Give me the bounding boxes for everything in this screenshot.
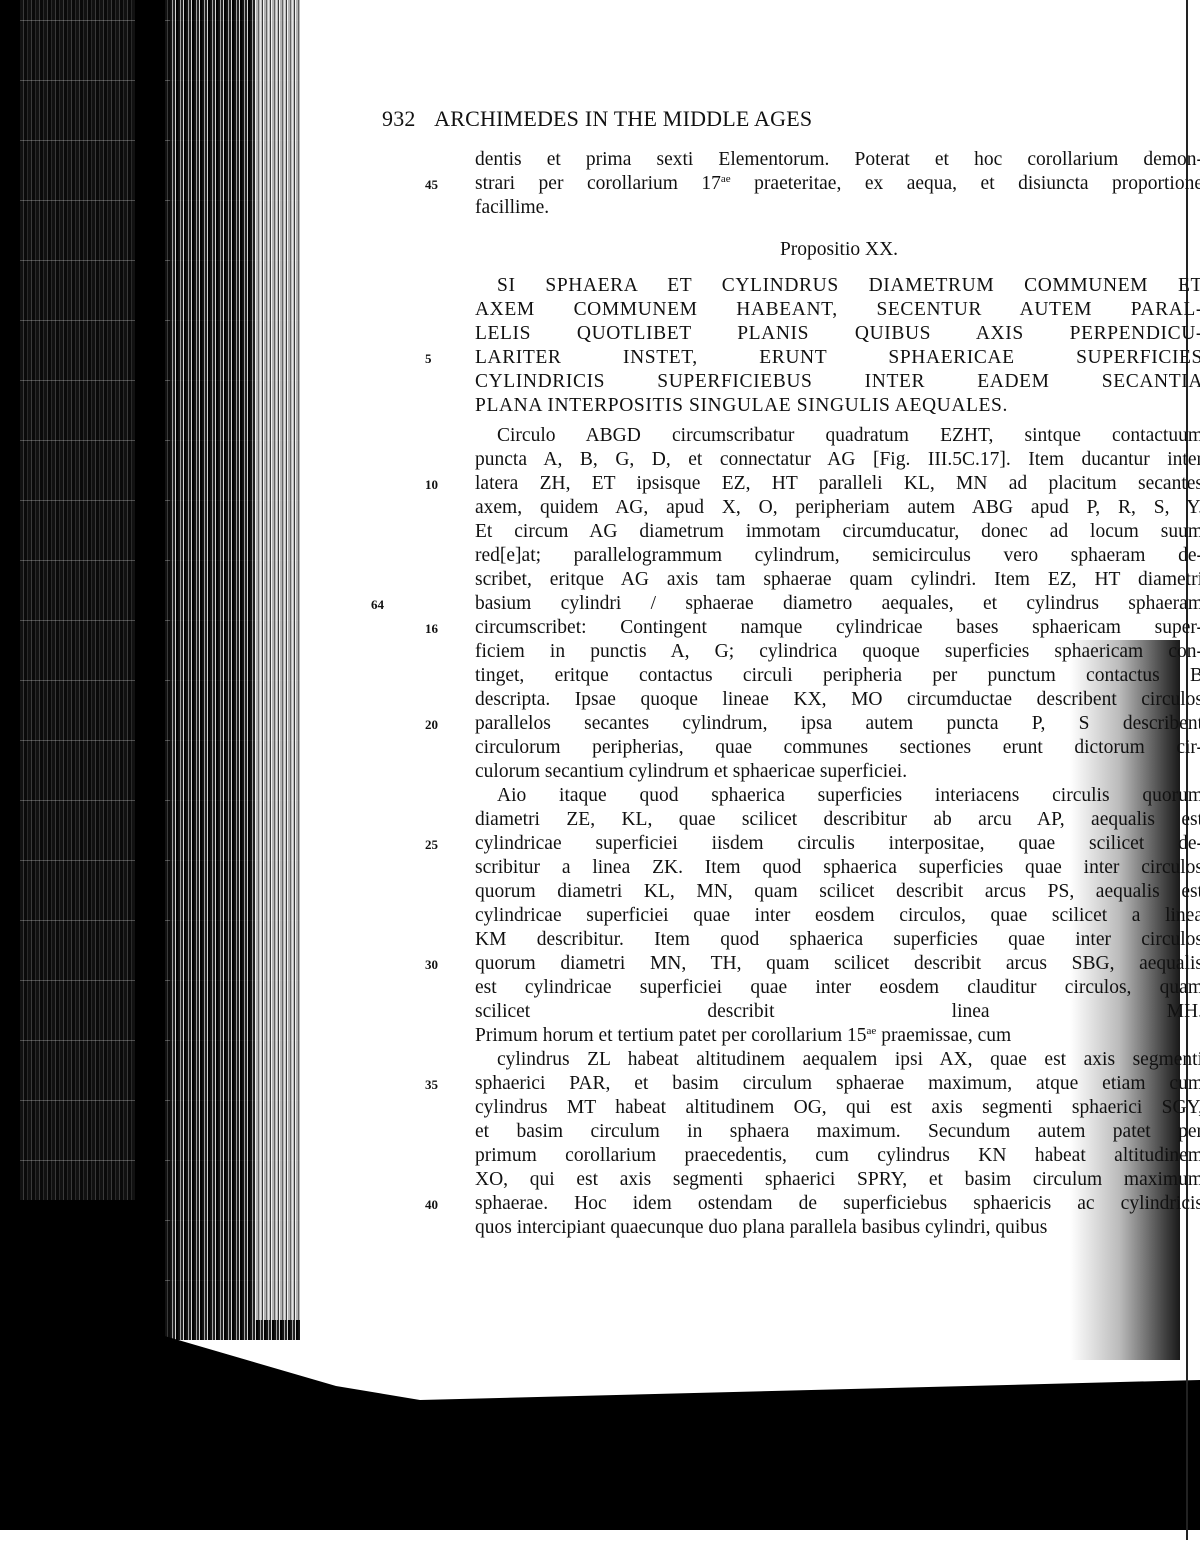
text-line: cylindrus ZL habeat altitudinem aequalem… <box>475 1048 1200 1072</box>
line-number: 25 <box>425 833 438 857</box>
text-line: PLANA INTERPOSITIS SINGULAE SINGULIS AEQ… <box>475 394 1200 418</box>
text-line: 64basium cylindri / sphaerae diametro ae… <box>475 592 1200 616</box>
line-number: 30 <box>425 953 438 977</box>
running-head: 932 ARCHIMEDES IN THE MIDDLE AGES <box>382 106 812 132</box>
scan-dark-band <box>0 0 20 1340</box>
line-text: Primum horum et tertium patet per coroll… <box>475 1025 1011 1046</box>
text-line: 45strari per corollarium 17ae praeterita… <box>475 172 1200 196</box>
line-number: 40 <box>425 1193 438 1217</box>
line-text: circumscribet: Contingent namque cylindr… <box>475 617 1200 638</box>
line-text: LELIS QUOTLIBET PLANIS QUIBUS AXIS PERPE… <box>475 323 1200 344</box>
text-line: primum corollarium praecedentis, cum cyl… <box>475 1144 1200 1168</box>
line-text: est cylindricae superficiei quae inter e… <box>475 977 1200 998</box>
line-text: ficiem in punctis A, G; cylindrica quoqu… <box>475 641 1200 662</box>
text-line: CYLINDRICIS SUPERFICIEBUS INTER EADEM SE… <box>475 370 1200 394</box>
line-text: cylindricae superficiei quae inter eosde… <box>475 905 1200 926</box>
page-number: 932 <box>382 106 416 131</box>
page-stack-lines <box>255 0 300 1320</box>
line-text: parallelos secantes cylindrum, ipsa aute… <box>475 713 1200 734</box>
line-text: sphaerae. Hoc idem ostendam de superfici… <box>475 1193 1200 1214</box>
text-line: 30quorum diametri MN, TH, quam scilicet … <box>475 952 1200 976</box>
text-line: Primum horum et tertium patet per coroll… <box>475 1024 1200 1048</box>
text-line: et basim circulum in sphaera maximum. Se… <box>475 1120 1200 1144</box>
line-text: SI SPHAERA ET CYLINDRUS DIAMETRUM COMMUN… <box>497 275 1200 296</box>
text-line: culorum secantium cylindrum et sphaerica… <box>475 760 1200 784</box>
proposition-heading: Propositio XX. <box>475 238 1200 262</box>
line-number: 5 <box>425 347 432 371</box>
text-line: facillime. <box>475 196 1200 220</box>
line-text: red[e]at; parallelogrammum cylindrum, se… <box>475 545 1200 566</box>
text-line: quos intercipiant quaecunque duo plana p… <box>475 1216 1200 1240</box>
text-line: puncta A, B, G, D, et connectatur AG [Fi… <box>475 448 1200 472</box>
line-text: quos intercipiant quaecunque duo plana p… <box>475 1217 1047 1238</box>
line-text: LARITER INSTET, ERUNT SPHAERICAE SUPERFI… <box>475 347 1200 368</box>
text-line: SI SPHAERA ET CYLINDRUS DIAMETRUM COMMUN… <box>475 274 1200 298</box>
line-text: quorum diametri MN, TH, quam scilicet de… <box>475 953 1200 974</box>
text-line: KM describitur. Item quod sphaerica supe… <box>475 928 1200 952</box>
text-line: scribet, eritque AG axis tam sphaerae qu… <box>475 568 1200 592</box>
line-text: puncta A, B, G, D, et connectatur AG [Fi… <box>475 449 1200 470</box>
text-line: circulorum peripherias, quae communes se… <box>475 736 1200 760</box>
line-text: culorum secantium cylindrum et sphaerica… <box>475 761 907 782</box>
line-number: 10 <box>425 473 438 497</box>
text-line: Aio itaque quod sphaerica superficies in… <box>475 784 1200 808</box>
text-line: Et circum AG diametrum immotam circumduc… <box>475 520 1200 544</box>
line-text: primum corollarium praecedentis, cum cyl… <box>475 1145 1200 1166</box>
line-text: CYLINDRICIS SUPERFICIEBUS INTER EADEM SE… <box>475 371 1200 392</box>
text-line: 16circumscribet: Contingent namque cylin… <box>475 616 1200 640</box>
text-line: tinget, eritque contactus circuli periph… <box>475 664 1200 688</box>
text-line: 10latera ZH, ET ipsisque EZ, HT parallel… <box>475 472 1200 496</box>
text-line: quorum diametri KL, MN, quam scilicet de… <box>475 880 1200 904</box>
line-text: tinget, eritque contactus circuli periph… <box>475 665 1200 686</box>
line-number: 16 <box>425 617 438 641</box>
text-line: est cylindricae superficiei quae inter e… <box>475 976 1200 1000</box>
line-text: Aio itaque quod sphaerica superficies in… <box>497 785 1200 806</box>
line-text: cylindrus MT habeat altitudinem OG, qui … <box>475 1097 1200 1118</box>
line-text: et basim circulum in sphaera maximum. Se… <box>475 1121 1200 1142</box>
text-line: cylindrus MT habeat altitudinem OG, qui … <box>475 1096 1200 1120</box>
line-text: basium cylindri / sphaerae diametro aequ… <box>475 593 1200 614</box>
line-text: latera ZH, ET ipsisque EZ, HT paralleli … <box>475 473 1200 494</box>
line-number: 20 <box>425 713 438 737</box>
text-line: diametri ZE, KL, quae scilicet describit… <box>475 808 1200 832</box>
text-line: 35sphaerici PAR, et basim circulum sphae… <box>475 1072 1200 1096</box>
line-text: scilicet describit linea MH. <box>475 1001 1200 1022</box>
text-line: AXEM COMMUNEM HABEANT, SECENTUR AUTEM PA… <box>475 298 1200 322</box>
text-line: dentis et prima sexti Elementorum. Poter… <box>475 148 1200 172</box>
scan-shadow-bottom-left <box>0 1200 150 1340</box>
text-line: LELIS QUOTLIBET PLANIS QUIBUS AXIS PERPE… <box>475 322 1200 346</box>
line-text: Circulo ABGD circumscribatur quadratum E… <box>497 425 1200 446</box>
text-line: scribitur a linea ZK. Item quod sphaeric… <box>475 856 1200 880</box>
line-number: 35 <box>425 1073 438 1097</box>
text-block: dentis et prima sexti Elementorum. Poter… <box>475 148 1200 1240</box>
line-text: sphaerici PAR, et basim circulum sphaera… <box>475 1073 1200 1094</box>
text-line: red[e]at; parallelogrammum cylindrum, se… <box>475 544 1200 568</box>
book-gutter <box>135 0 165 1340</box>
text-line: scilicet describit linea MH. <box>475 1000 1200 1024</box>
text-line: XO, qui est axis segmenti sphaerici SPRY… <box>475 1168 1200 1192</box>
text-line: ficiem in punctis A, G; cylindrica quoqu… <box>475 640 1200 664</box>
text-line: cylindricae superficiei quae inter eosde… <box>475 904 1200 928</box>
line-text: KM describitur. Item quod sphaerica supe… <box>475 929 1200 950</box>
text-line: 5LARITER INSTET, ERUNT SPHAERICAE SUPERF… <box>475 346 1200 370</box>
line-text: axem, quidem AG, apud X, O, peripheriam … <box>475 497 1200 518</box>
line-text: AXEM COMMUNEM HABEANT, SECENTUR AUTEM PA… <box>475 299 1200 320</box>
book-page: 932 ARCHIMEDES IN THE MIDDLE AGES dentis… <box>300 0 1180 1330</box>
line-text: Et circum AG diametrum immotam circumduc… <box>475 521 1200 542</box>
proof-body: Circulo ABGD circumscribatur quadratum E… <box>475 424 1200 1240</box>
text-line: 25cylindricae superficiei iisdem circuli… <box>475 832 1200 856</box>
line-text: quorum diametri KL, MN, quam scilicet de… <box>475 881 1200 902</box>
text-line: descripta. Ipsae quoque lineae KX, MO ci… <box>475 688 1200 712</box>
line-number: 45 <box>425 173 438 197</box>
text-line: 40sphaerae. Hoc idem ostendam de superfi… <box>475 1192 1200 1216</box>
line-text: XO, qui est axis segmenti sphaerici SPRY… <box>475 1169 1200 1190</box>
line-text: PLANA INTERPOSITIS SINGULAE SINGULIS AEQ… <box>475 395 1008 416</box>
line-text: cylindricae superficiei iisdem circulis … <box>475 833 1200 854</box>
line-number: 64 <box>371 593 384 617</box>
continuation-paragraph: dentis et prima sexti Elementorum. Poter… <box>475 148 1200 220</box>
text-line: 20parallelos secantes cylindrum, ipsa au… <box>475 712 1200 736</box>
scan-shadow-bottom <box>0 1330 1200 1530</box>
text-line: Circulo ABGD circumscribatur quadratum E… <box>475 424 1200 448</box>
running-title: ARCHIMEDES IN THE MIDDLE AGES <box>434 106 812 131</box>
line-text: scribet, eritque AG axis tam sphaerae qu… <box>475 569 1200 590</box>
line-text: diametri ZE, KL, quae scilicet describit… <box>475 809 1200 830</box>
line-text: descripta. Ipsae quoque lineae KX, MO ci… <box>475 689 1200 710</box>
line-text: scribitur a linea ZK. Item quod sphaeric… <box>475 857 1200 878</box>
line-text: circulorum peripherias, quae communes se… <box>475 737 1200 758</box>
line-text: cylindrus ZL habeat altitudinem aequalem… <box>497 1049 1200 1070</box>
enunciation: SI SPHAERA ET CYLINDRUS DIAMETRUM COMMUN… <box>475 274 1200 418</box>
text-line: axem, quidem AG, apud X, O, peripheriam … <box>475 496 1200 520</box>
